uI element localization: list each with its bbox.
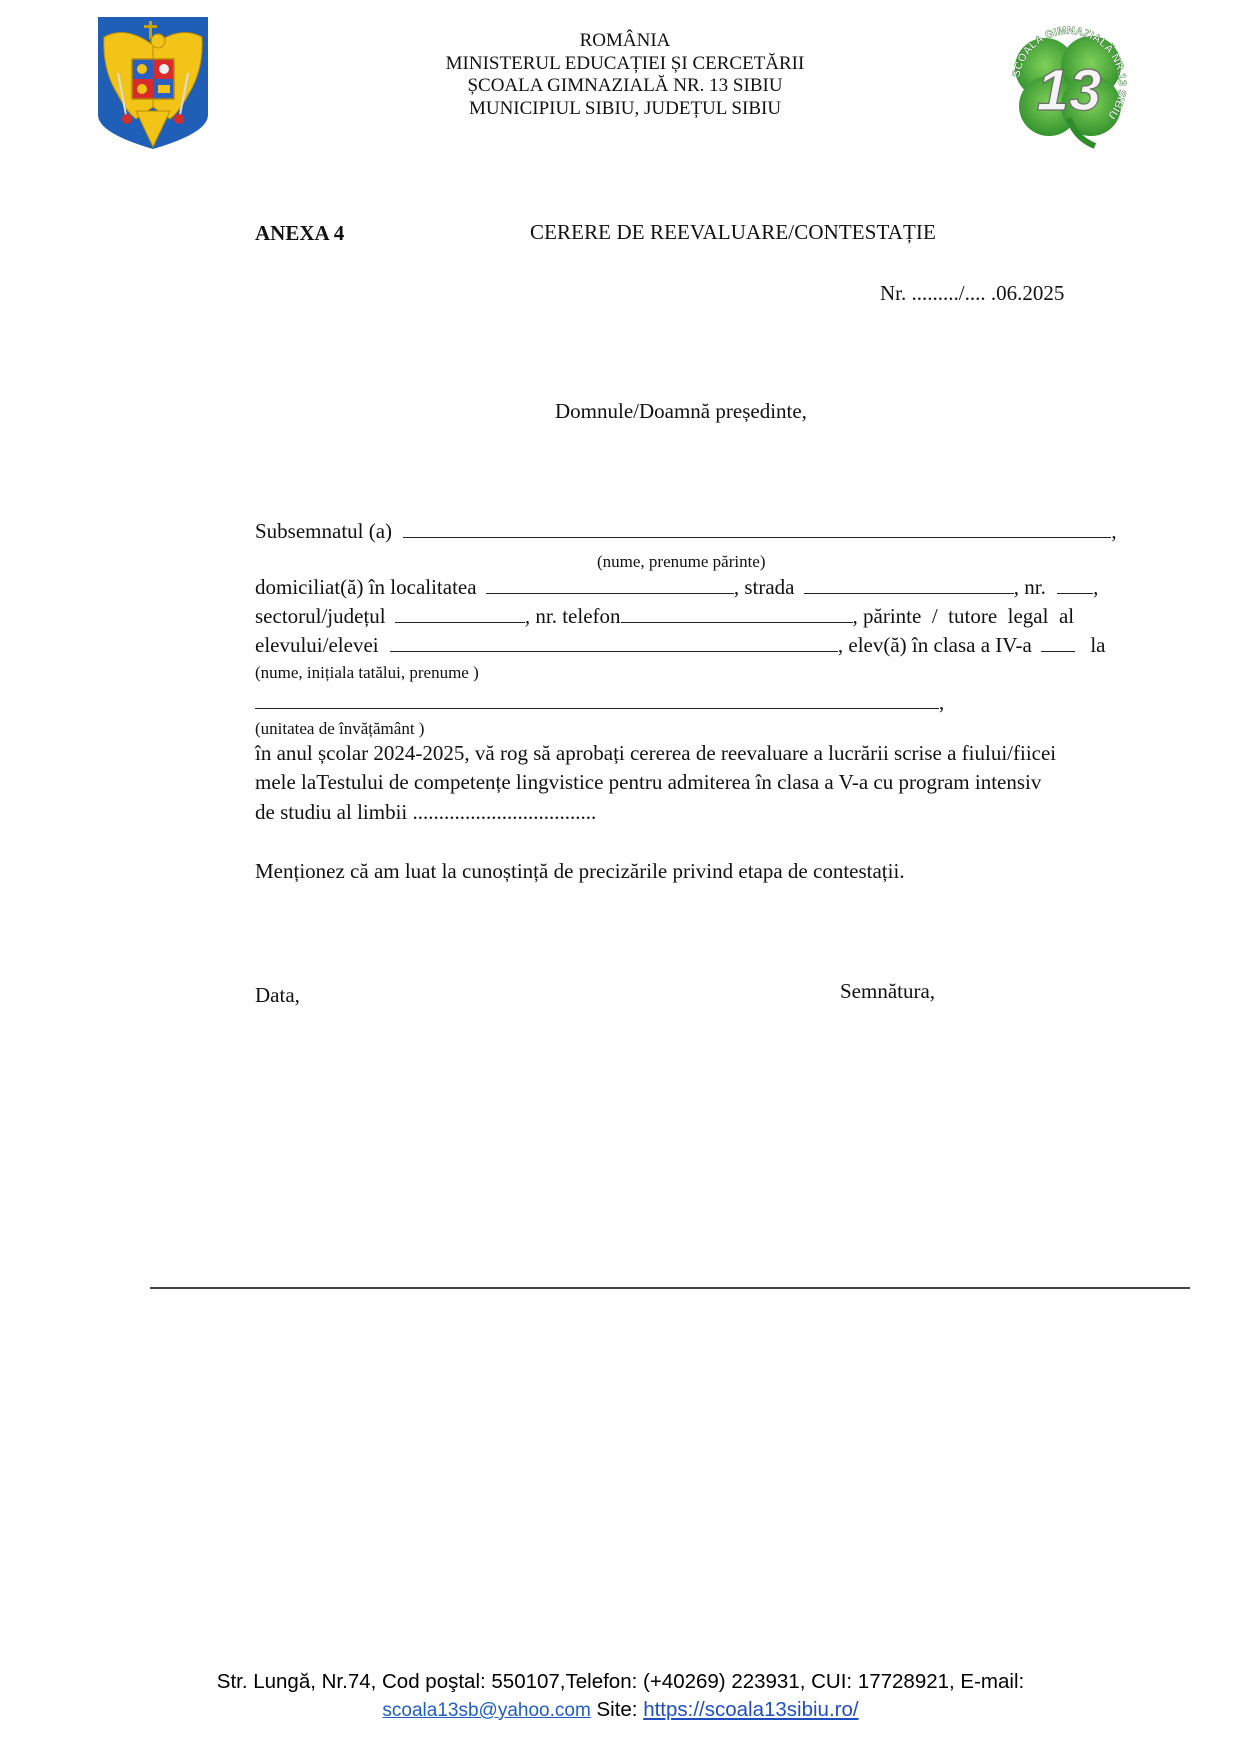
greeting: Domnule/Doamnă președinte,: [555, 399, 807, 424]
parent-name-field[interactable]: [403, 519, 1111, 538]
la-label: la: [1090, 633, 1105, 657]
header-municipality: MUNICIPIUL SIBIU, JUDEȚUL SIBIU: [360, 98, 890, 121]
romania-coat-of-arms-icon: [96, 15, 210, 151]
footer-address: Str. Lungă, Nr.74, Cod poştal: 550107,Te…: [0, 1670, 1241, 1694]
svg-text:13: 13: [1037, 58, 1102, 123]
street-field[interactable]: [804, 575, 1014, 594]
header-country: ROMÂNIA: [360, 30, 890, 53]
request-paragraph-line-1: în anul școlar 2024-2025, vă rog să apro…: [255, 741, 1056, 766]
signature-label: Semnătura,: [840, 979, 935, 1004]
elev-label: elevului/elevei: [255, 633, 379, 657]
form-row-school-unit: ,: [255, 690, 1135, 716]
student-name-hint: (nume, inițiala tatălui, prenume ): [255, 663, 479, 683]
form-row-address: domiciliat(ă) în localitatea , strada , …: [255, 575, 1135, 601]
locality-field[interactable]: [486, 575, 734, 594]
footer-links: scoala13sb@yahoo.com Site: https://scoal…: [0, 1698, 1241, 1722]
comma: ,: [1111, 519, 1116, 543]
nr-label: , nr.: [1014, 575, 1046, 599]
footer-divider: [150, 1287, 1190, 1289]
school-13-clover-logo-icon: 13 ȘCOALA GIMNAZIALĂ NR.13 SIBIU: [1005, 18, 1133, 150]
school-unit-hint: (unitatea de învățământ ): [255, 719, 424, 739]
school-unit-field[interactable]: [255, 690, 939, 709]
sector-label: sectorul/județul: [255, 604, 386, 628]
date-label: Data,: [255, 983, 300, 1008]
parent-name-hint: (nume, prenume părinte): [597, 552, 766, 572]
parent-guardian-label: , părinte / tutore legal al: [853, 604, 1075, 628]
comma: ,: [1093, 575, 1098, 599]
class-label: , elev(ă) în clasa a IV-a: [838, 633, 1032, 657]
phone-field[interactable]: [621, 604, 853, 623]
site-label: Site:: [591, 1698, 643, 1721]
acknowledgement-statement: Menționez că am luat la cunoștință de pr…: [255, 859, 905, 884]
request-paragraph-line-2: mele laTestului de competențe lingvistic…: [255, 770, 1041, 795]
subsemnatul-label: Subsemnatul (a): [255, 519, 392, 543]
street-number-field[interactable]: [1057, 575, 1093, 594]
header-ministry: MINISTERUL EDUCAȚIEI ȘI CERCETĂRII: [360, 53, 890, 76]
website-link[interactable]: https://scoala13sibiu.ro/: [643, 1698, 858, 1721]
domiciliat-label: domiciliat(ă) în localitatea: [255, 575, 477, 599]
registration-number: Nr. ........./.... .06.2025: [880, 281, 1064, 306]
annex-label: ANEXA 4: [255, 221, 344, 246]
form-row-parent-name: Subsemnatul (a) ,: [255, 519, 1135, 545]
form-row-phone: sectorul/județul , nr. telefon, părinte …: [255, 604, 1135, 630]
email-link[interactable]: scoala13sb@yahoo.com: [382, 1700, 590, 1721]
header-school: ȘCOALA GIMNAZIALĂ NR. 13 SIBIU: [360, 75, 890, 98]
institution-header: ROMÂNIA MINISTERUL EDUCAȚIEI ȘI CERCETĂR…: [360, 30, 890, 120]
class-letter-field[interactable]: [1041, 633, 1075, 652]
form-row-student: elevului/elevei , elev(ă) în clasa a IV-…: [255, 633, 1135, 659]
document-title: CERERE DE REEVALUARE/CONTESTAȚIE: [530, 220, 936, 245]
strada-label: , strada: [734, 575, 795, 599]
county-field[interactable]: [395, 604, 525, 623]
student-name-field[interactable]: [390, 633, 838, 652]
request-paragraph-line-3: de studiu al limbii ....................…: [255, 800, 596, 825]
telefon-label: , nr. telefon: [525, 604, 621, 628]
comma: ,: [939, 690, 944, 714]
